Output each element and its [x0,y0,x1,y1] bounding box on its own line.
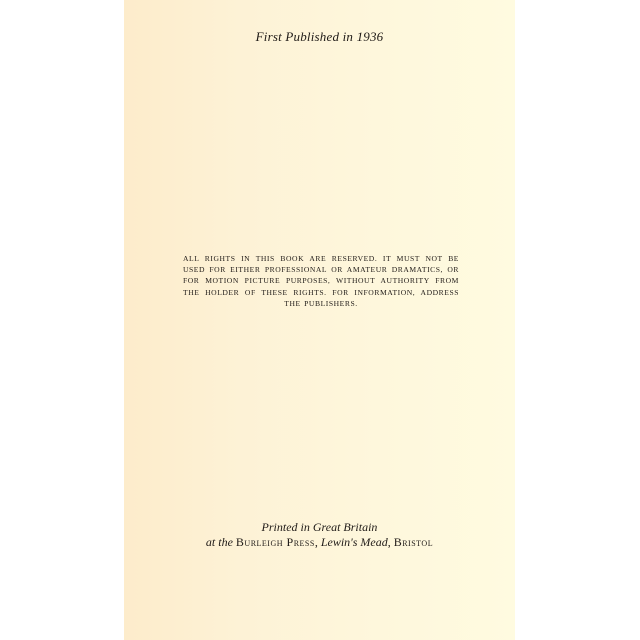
book-page: First Published in 1936 All rights in th… [124,0,515,640]
first-published-line: First Published in 1936 [124,29,515,45]
printer-address-line: at the Burleigh Press, Lewin's Mead, Bri… [124,535,515,550]
printed-in-line: Printed in Great Britain [124,520,515,535]
comma-separator: , [315,535,318,549]
printer-city: Bristol [394,535,433,549]
printer-name: Burleigh Press [236,535,315,549]
imprint-prefix: at the [206,535,233,549]
printer-imprint: Printed in Great Britain at the Burleigh… [124,520,515,550]
comma-separator: , [388,535,391,549]
rights-reserved-notice: All rights in this book are reserved. It… [183,253,459,309]
printer-street: Lewin's Mead [321,535,388,549]
